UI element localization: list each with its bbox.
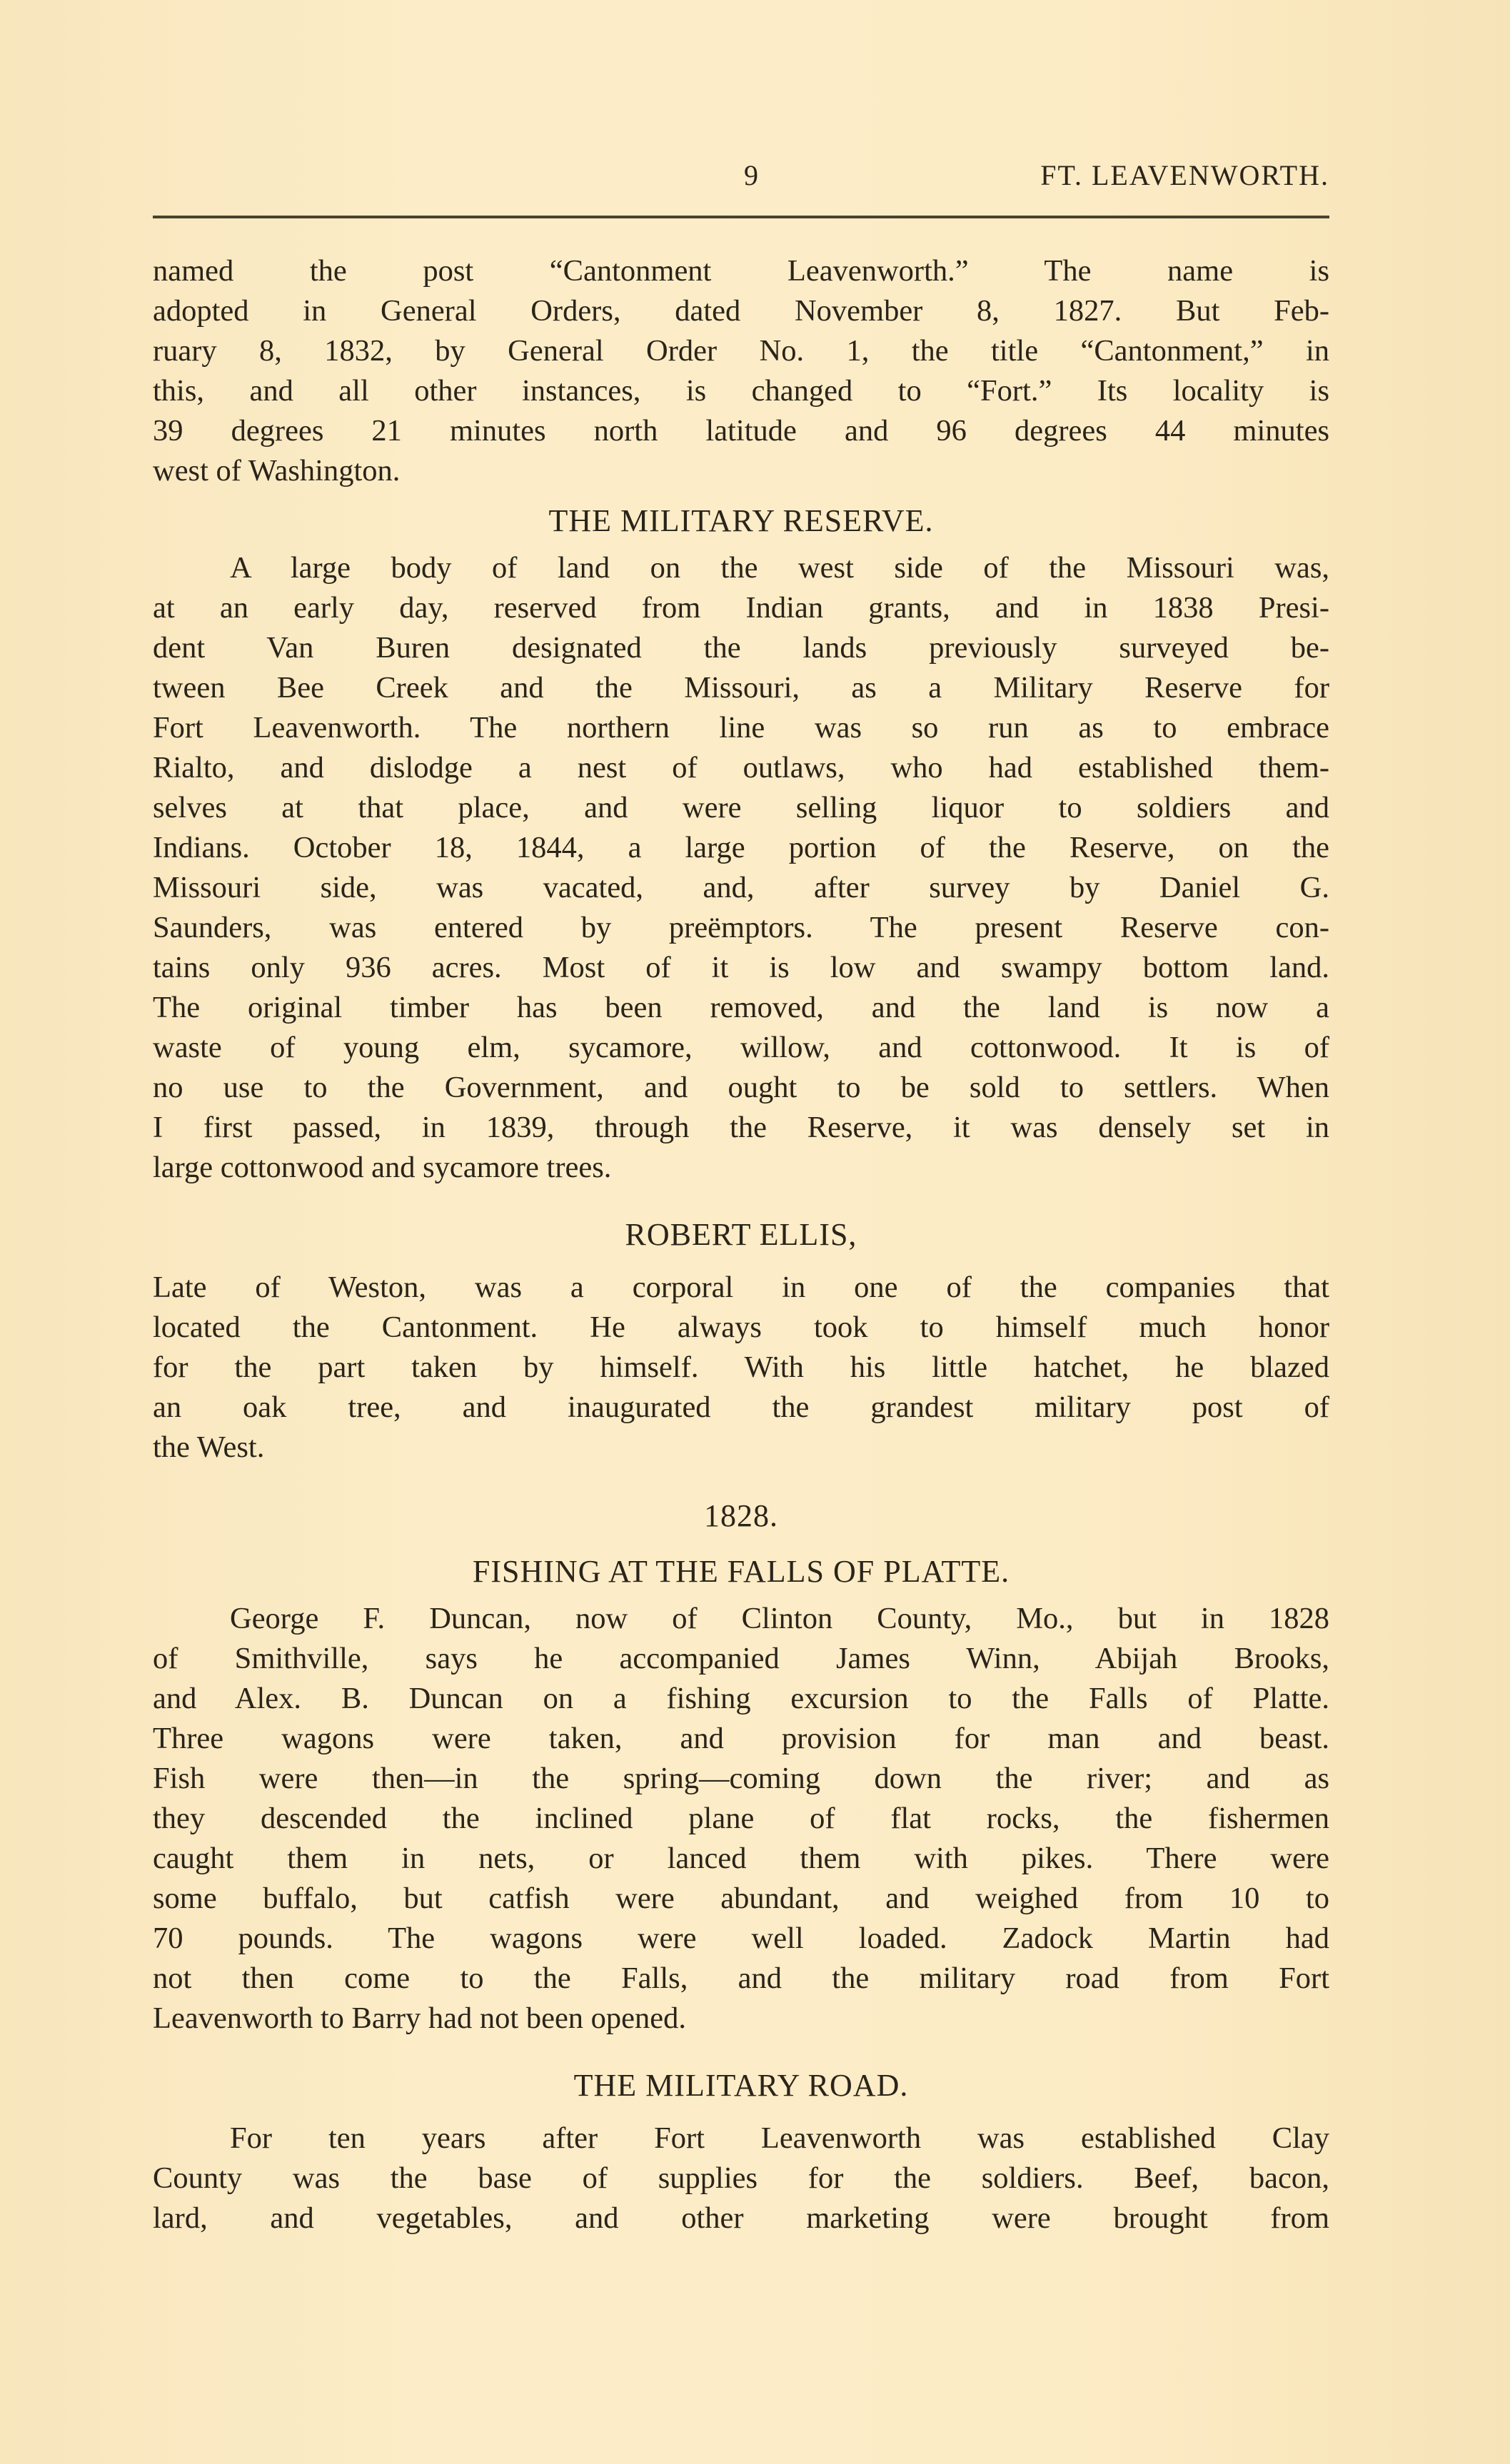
text-line: ruary 8, 1832, by General Order No. 1, t… bbox=[153, 331, 1329, 371]
text-line: adopted in General Orders, dated Novembe… bbox=[153, 291, 1329, 331]
text-line: selves at that place, and were selling l… bbox=[153, 788, 1329, 828]
paragraph-military-road: For ten years after Fort Leavenworth was… bbox=[153, 2119, 1329, 2238]
text-line: at an early day, reserved from Indian gr… bbox=[153, 588, 1329, 628]
paragraph-fishing: George F. Duncan, now of Clinton County,… bbox=[153, 1599, 1329, 2039]
text-line: for the part taken by himself. With his … bbox=[153, 1348, 1329, 1388]
text-line: Rialto, and dislodge a nest of outlaws, … bbox=[153, 748, 1329, 788]
text-line: of Smithville, says he accompanied James… bbox=[153, 1639, 1329, 1679]
heading-military-reserve: THE MILITARY RESERVE. bbox=[153, 500, 1329, 542]
text-line: Saunders, was entered by preëmptors. The… bbox=[153, 908, 1329, 948]
running-head: 9 FT. LEAVENWORTH. bbox=[153, 158, 1329, 201]
header-rule bbox=[153, 216, 1329, 218]
text-line: this, and all other instances, is change… bbox=[153, 371, 1329, 411]
heading-fishing-falls-of-platte: FISHING AT THE FALLS OF PLATTE. bbox=[153, 1550, 1329, 1593]
heading-year-1828: 1828. bbox=[153, 1495, 1329, 1538]
text-line: waste of young elm, sycamore, willow, an… bbox=[153, 1028, 1329, 1068]
running-title: FT. LEAVENWORTH. bbox=[1040, 158, 1329, 192]
text-line: an oak tree, and inaugurated the grandes… bbox=[153, 1388, 1329, 1428]
text-line: tains only 936 acres. Most of it is low … bbox=[153, 948, 1329, 988]
text-line: For ten years after Fort Leavenworth was… bbox=[153, 2119, 1329, 2158]
text-line: Indians. October 18, 1844, a large porti… bbox=[153, 828, 1329, 868]
text-line: County was the base of supplies for the … bbox=[153, 2158, 1329, 2198]
text-line: and Alex. B. Duncan on a fishing excursi… bbox=[153, 1679, 1329, 1719]
text-line: tween Bee Creek and the Missouri, as a M… bbox=[153, 668, 1329, 708]
text-line: Leavenworth to Barry had not been opened… bbox=[153, 1999, 1329, 2039]
text-line: I first passed, in 1839, through the Res… bbox=[153, 1108, 1329, 1148]
text-line: some buffalo, but catfish were abundant,… bbox=[153, 1879, 1329, 1919]
page-number: 9 bbox=[744, 158, 760, 192]
text-line: large cottonwood and sycamore trees. bbox=[153, 1148, 1329, 1188]
text-line: Three wagons were taken, and provision f… bbox=[153, 1719, 1329, 1759]
text-line: The original timber has been removed, an… bbox=[153, 988, 1329, 1028]
text-line: Fish were then—in the spring—coming down… bbox=[153, 1759, 1329, 1799]
text-line: named the post “Cantonment Leavenworth.”… bbox=[153, 251, 1329, 291]
paragraph-military-reserve: A large body of land on the west side of… bbox=[153, 548, 1329, 1188]
paragraph-intro: named the post “Cantonment Leavenworth.”… bbox=[153, 251, 1329, 491]
text-line: Late of Weston, was a corporal in one of… bbox=[153, 1268, 1329, 1308]
text-line: A large body of land on the west side of… bbox=[153, 548, 1329, 588]
text-line: dent Van Buren designated the lands prev… bbox=[153, 628, 1329, 668]
heading-military-road: THE MILITARY ROAD. bbox=[153, 2064, 1329, 2107]
text-line: the West. bbox=[153, 1428, 1329, 1468]
text-line: 70 pounds. The wagons were well loaded. … bbox=[153, 1919, 1329, 1959]
page-body: named the post “Cantonment Leavenworth.”… bbox=[153, 251, 1329, 2238]
text-line: they descended the inclined plane of fla… bbox=[153, 1799, 1329, 1839]
text-line: Fort Leavenworth. The northern line was … bbox=[153, 708, 1329, 748]
text-line: Missouri side, was vacated, and, after s… bbox=[153, 868, 1329, 908]
paragraph-robert-ellis: Late of Weston, was a corporal in one of… bbox=[153, 1268, 1329, 1468]
text-line: George F. Duncan, now of Clinton County,… bbox=[153, 1599, 1329, 1639]
heading-robert-ellis: ROBERT ELLIS, bbox=[153, 1213, 1329, 1256]
text-line: located the Cantonment. He always took t… bbox=[153, 1308, 1329, 1348]
text-line: caught them in nets, or lanced them with… bbox=[153, 1839, 1329, 1879]
text-line: west of Washington. bbox=[153, 451, 1329, 491]
text-line: no use to the Government, and ought to b… bbox=[153, 1068, 1329, 1108]
text-line: not then come to the Falls, and the mili… bbox=[153, 1959, 1329, 1999]
text-line: 39 degrees 21 minutes north latitude and… bbox=[153, 411, 1329, 451]
text-line: lard, and vegetables, and other marketin… bbox=[153, 2198, 1329, 2238]
